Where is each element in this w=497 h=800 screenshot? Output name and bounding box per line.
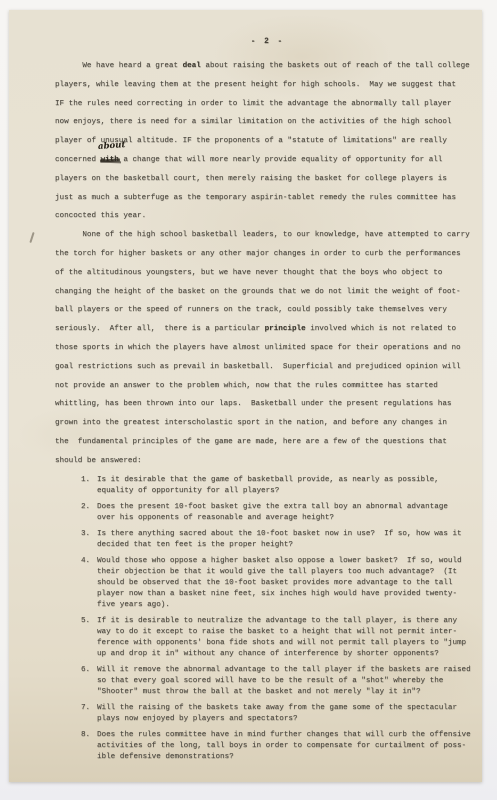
question-number: 5. <box>81 616 97 660</box>
question-item: 4. Would those who oppose a higher baske… <box>81 556 480 611</box>
question-item: 7. Will the raising of the baskets take … <box>81 703 480 725</box>
question-text: Will it remove the abnormal advantage to… <box>97 665 480 698</box>
paragraph-1-text-a: We have heard a great <box>55 62 183 70</box>
overstruck-word-principle: principle <box>265 325 306 333</box>
pen-mark <box>29 232 34 243</box>
question-text: Is there anything sacred about the 10-fo… <box>97 529 480 551</box>
question-number: 7. <box>81 703 97 725</box>
question-list: 1. Is it desirable that the game of bask… <box>81 475 480 763</box>
question-text: If it is desirable to neutralize the adv… <box>97 616 480 660</box>
question-number: 4. <box>81 556 97 611</box>
correction-group: withabout <box>101 151 119 170</box>
question-item: 2. Does the present 10-foot basket give … <box>81 502 480 524</box>
overstruck-word-deal: deal <box>183 62 201 70</box>
page-number: - 2 - <box>55 36 480 48</box>
struck-word: with <box>101 156 119 164</box>
question-text: Would those who oppose a higher basket a… <box>97 556 480 611</box>
scan-background: - 2 - We have heard a great deal about r… <box>0 0 497 800</box>
question-text: Does the rules committee have in mind fu… <box>97 730 480 763</box>
question-text: Does the present 10-foot basket give the… <box>97 502 480 524</box>
question-text: Is it desirable that the game of basketb… <box>97 475 480 497</box>
question-text: Will the raising of the baskets take awa… <box>97 703 480 725</box>
question-item: 8. Does the rules committee have in mind… <box>81 730 480 763</box>
paragraph-2: None of the high school basketball leade… <box>55 226 480 470</box>
question-number: 2. <box>81 502 97 524</box>
question-number: 6. <box>81 665 97 698</box>
document-page: - 2 - We have heard a great deal about r… <box>9 10 482 782</box>
paragraph-1: We have heard a great deal about raising… <box>55 57 480 226</box>
question-item: 5. If it is desirable to neutralize the … <box>81 616 480 660</box>
handwritten-insertion: about <box>97 141 125 152</box>
question-item: 1. Is it desirable that the game of bask… <box>81 475 480 497</box>
question-item: 3. Is there anything sacred about the 10… <box>81 529 480 551</box>
paragraph-2-text-a: None of the high school basketball leade… <box>55 231 470 333</box>
paragraph-2-text-b: involved which is not related to those s… <box>55 325 461 465</box>
question-number: 3. <box>81 529 97 551</box>
question-item: 6. Will it remove the abnormal advantage… <box>81 665 480 698</box>
question-number: 8. <box>81 730 97 763</box>
question-number: 1. <box>81 475 97 497</box>
